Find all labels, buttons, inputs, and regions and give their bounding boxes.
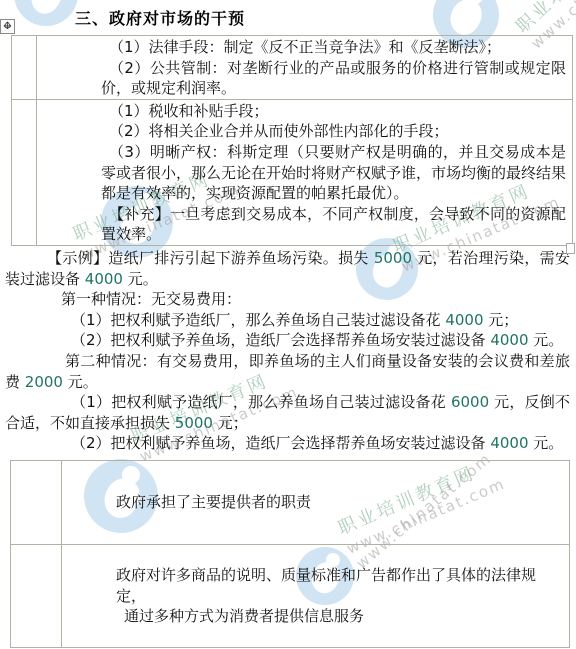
table-move-handle-icon[interactable]: ↔ ↕ [0, 19, 15, 34]
paragraph-case2-item1: （1）把权利赋予造纸厂，那么养鱼场自己装过滤设备花 6000 元，反倒不合适，不… [5, 392, 570, 433]
paragraph-case1-title: 第一种情况：无交易费用： [5, 289, 570, 310]
table-row: （1）法律手段：制定《反不正当竞争法》和《反垄断法》； （2）公共管制：对垄断行… [12, 36, 573, 100]
paragraph-information-role-line1: 政府对许多商品的说明、质量标准和广告都作出了具体的法律规定， [116, 565, 563, 606]
methods-table-margin-cell [12, 36, 37, 100]
roles-table-margin-cell [11, 460, 62, 544]
amount-value: 2000 [25, 373, 63, 391]
paragraph-merger: （2）将相关企业合并从而使外部性内部化的手段； [101, 121, 566, 142]
move-arrows-icon: ↕ [1, 20, 14, 33]
text-segment: 元。 [529, 331, 564, 349]
paragraph-coase-theorem: （3）明晰产权：科斯定理（只要财产权是明确的，并且交易成本是零或者很小，那么无论… [101, 142, 566, 204]
paragraph-provider-role: 政府承担了主要提供者的职责 [116, 492, 563, 513]
paragraph-information-role-line2: 通过多种方式为消费者提供信息服务 [124, 606, 563, 627]
methods-table-margin-cell [12, 99, 37, 245]
methods-table-economic-cell: （1）税收和补贴手段； （2）将相关企业合并从而使外部性内部化的手段； （3）明… [37, 99, 573, 245]
text-segment: （2）把权利赋予养鱼场，造纸厂会选择帮养鱼场安装过滤设备 [71, 434, 490, 452]
amount-value: 4000 [445, 311, 483, 329]
paragraph-example-intro: 【示例】造纸厂排污引起下游养鱼场污染。损失 5000 元，若治理污染，需安装过滤… [5, 248, 570, 289]
paragraph-anchor-mark [566, 243, 575, 254]
text-segment: （2）把权利赋予养鱼场，造纸厂会选择帮养鱼场安装过滤设备 [71, 331, 490, 349]
example-section: 【示例】造纸厂排污引起下游养鱼场污染。损失 5000 元，若治理污染，需安装过滤… [5, 248, 570, 454]
amount-value: 4000 [85, 270, 123, 288]
text-segment: 元； [213, 414, 248, 432]
text-segment: （1）把权利赋予造纸厂，那么养鱼场自己装过滤设备花 [71, 393, 451, 411]
paragraph-tax-subsidy: （1）税收和补贴手段； [101, 101, 566, 122]
paragraph-public-regulation: （2）公共管制：对垄断行业的产品或服务的价格进行管制或规定限价，或规定利润率。 [101, 58, 566, 99]
table-row: 政府对许多商品的说明、质量标准和广告都作出了具体的法律规定， 通过多种方式为消费… [11, 544, 570, 647]
text-segment: 元。 [123, 270, 158, 288]
document-page: 职业培训教育网 www.chinatat.com 职业培训教育网 www.chi… [0, 0, 576, 649]
page-title: 三、政府对市场的干预 [75, 9, 576, 35]
paragraph-case1-item2: （2）把权利赋予养鱼场，造纸厂会选择帮养鱼场安装过滤设备 4000 元。 [5, 330, 570, 351]
roles-table-information-cell: 政府对许多商品的说明、质量标准和广告都作出了具体的法律规定， 通过多种方式为消费… [62, 544, 570, 647]
roles-table-margin-cell [11, 544, 62, 647]
text-segment: 【示例】造纸厂排污引起下游养鱼场污染。损失 [47, 249, 374, 267]
paragraph-case2-item2: （2）把权利赋予养鱼场，造纸厂会选择帮养鱼场安装过滤设备 4000 元。 [5, 433, 570, 454]
table-row: （1）税收和补贴手段； （2）将相关企业合并从而使外部性内部化的手段； （3）明… [12, 99, 573, 245]
roles-table-provider-cell: 政府承担了主要提供者的职责 [62, 460, 570, 544]
amount-value: 4000 [490, 434, 528, 452]
methods-table: （1）法律手段：制定《反不正当竞争法》和《反垄断法》； （2）公共管制：对垄断行… [11, 35, 573, 246]
table-row: 政府承担了主要提供者的职责 [11, 460, 570, 544]
paragraph-supplement: 【补充】一旦考虑到交易成本，不同产权制度，会导致不同的资源配置效率。 [101, 204, 566, 245]
text-segment: 元。 [63, 373, 98, 391]
amount-value: 5000 [374, 249, 412, 267]
amount-value: 5000 [175, 414, 213, 432]
amount-value: 6000 [451, 393, 489, 411]
text-segment: 元。 [529, 434, 564, 452]
paragraph-case1-item1: （1）把权利赋予造纸厂，那么养鱼场自己装过滤设备花 4000 元； [5, 310, 570, 331]
paragraph-case2-title: 第二种情况：有交易费用，即养鱼场的主人们商量设备安装的会议费和差旅费 2000 … [5, 351, 570, 392]
text-segment: （1）把权利赋予造纸厂，那么养鱼场自己装过滤设备花 [71, 311, 445, 329]
methods-table-legal-cell: （1）法律手段：制定《反不正当竞争法》和《反垄断法》； （2）公共管制：对垄断行… [37, 36, 573, 100]
roles-table: 政府承担了主要提供者的职责 政府对许多商品的说明、质量标准和广告都作出了具体的法… [10, 460, 570, 648]
text-segment: 元； [484, 311, 519, 329]
amount-value: 4000 [490, 331, 528, 349]
paragraph-legal-means: （1）法律手段：制定《反不正当竞争法》和《反垄断法》； [101, 37, 566, 58]
